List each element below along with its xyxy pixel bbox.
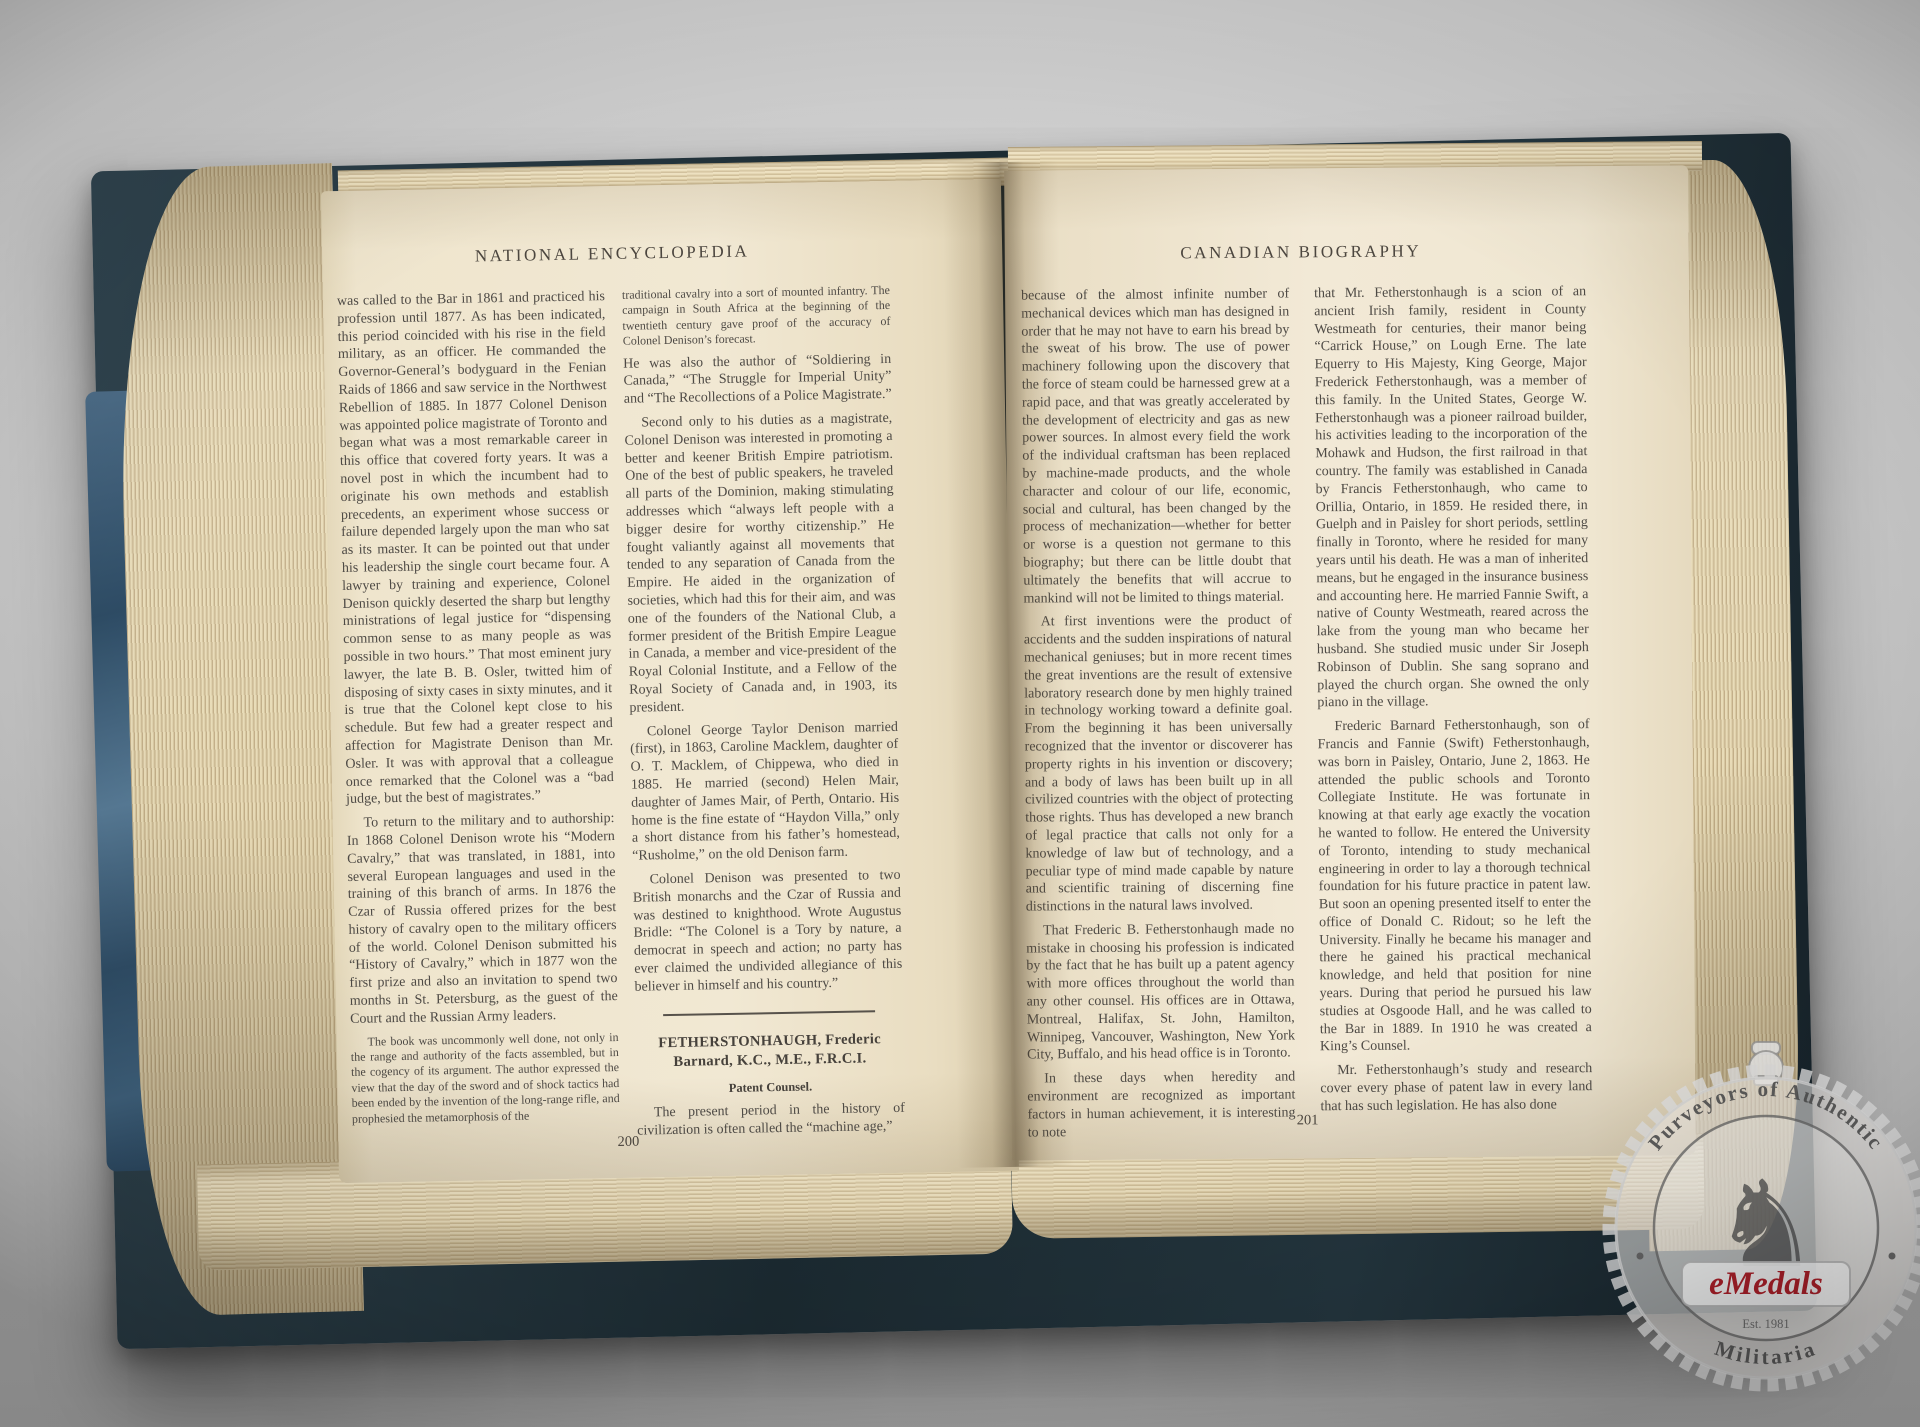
est-text: Est. 1981 (1742, 1317, 1789, 1331)
text-column-3: because of the almost infinite number of… (1021, 285, 1296, 1142)
paragraph: Colonel Denison was presented to two Bri… (632, 867, 902, 996)
entry-subheading: Patent Counsel. (636, 1076, 904, 1099)
paragraph: Mr. Fetherstonhaugh’s study and research… (1320, 1060, 1592, 1116)
entry-heading: FETHERSTONHAUGH, Frederic Barnard, K.C.,… (635, 1029, 904, 1073)
paragraph: Colonel George Taylor Denison married (f… (630, 718, 901, 865)
paragraph: traditional cavalry into a sort of mount… (622, 283, 891, 350)
paragraph: that Mr. Fetherstonhaugh is a scion of a… (1314, 283, 1589, 712)
paragraph: because of the almost infinite number of… (1021, 285, 1292, 607)
emedals-emblem: Purveyors of Authentic Militaria ♞ eMeda… (1566, 1028, 1920, 1427)
left-page: NATIONAL ENCYCLOPEDIA was called to the … (321, 179, 1019, 1183)
text-column-4: that Mr. Fetherstonhaugh is a scion of a… (1314, 283, 1593, 1116)
section-divider (663, 1010, 875, 1016)
brand-banner: eMedals (1682, 1262, 1850, 1306)
photo-scene: NATIONAL ENCYCLOPEDIA was called to the … (0, 0, 1920, 1427)
text-column-1: was called to the Bar in 1861 and practi… (337, 288, 620, 1127)
paragraph: To return to the military and to authors… (346, 810, 618, 1028)
brand-text: eMedals (1709, 1266, 1823, 1302)
paragraph: That Frederic B. Fetherstonhaugh made no… (1026, 920, 1295, 1064)
page-number-right: 201 (1028, 1110, 1588, 1131)
paragraph: The book was uncommonly well done, not o… (350, 1030, 620, 1127)
emedals-watermark: Purveyors of Authentic Militaria ♞ eMeda… (1566, 1028, 1920, 1427)
paragraph: Frederic Barnard Fetherstonhaugh, son of… (1317, 716, 1592, 1056)
paragraph: He was also the author of “Soldiering in… (623, 351, 892, 409)
text-column-2: traditional cavalry into a sort of mount… (622, 283, 906, 1141)
page-number-left: 200 (348, 1129, 908, 1156)
running-header-left: NATIONAL ENCYCLOPEDIA (332, 239, 892, 269)
paragraph: At first inventions were the product of … (1024, 612, 1294, 917)
running-header-right: CANADIAN BIOGRAPHY (1021, 240, 1581, 264)
paragraph: Second only to his duties as a magistrat… (624, 410, 897, 717)
paragraph: was called to the Bar in 1861 and practi… (337, 288, 614, 809)
right-page: CANADIAN BIOGRAPHY because of the almost… (1004, 165, 1696, 1160)
ring-dot-right (1889, 1253, 1896, 1260)
ring-dot-left (1637, 1253, 1644, 1260)
